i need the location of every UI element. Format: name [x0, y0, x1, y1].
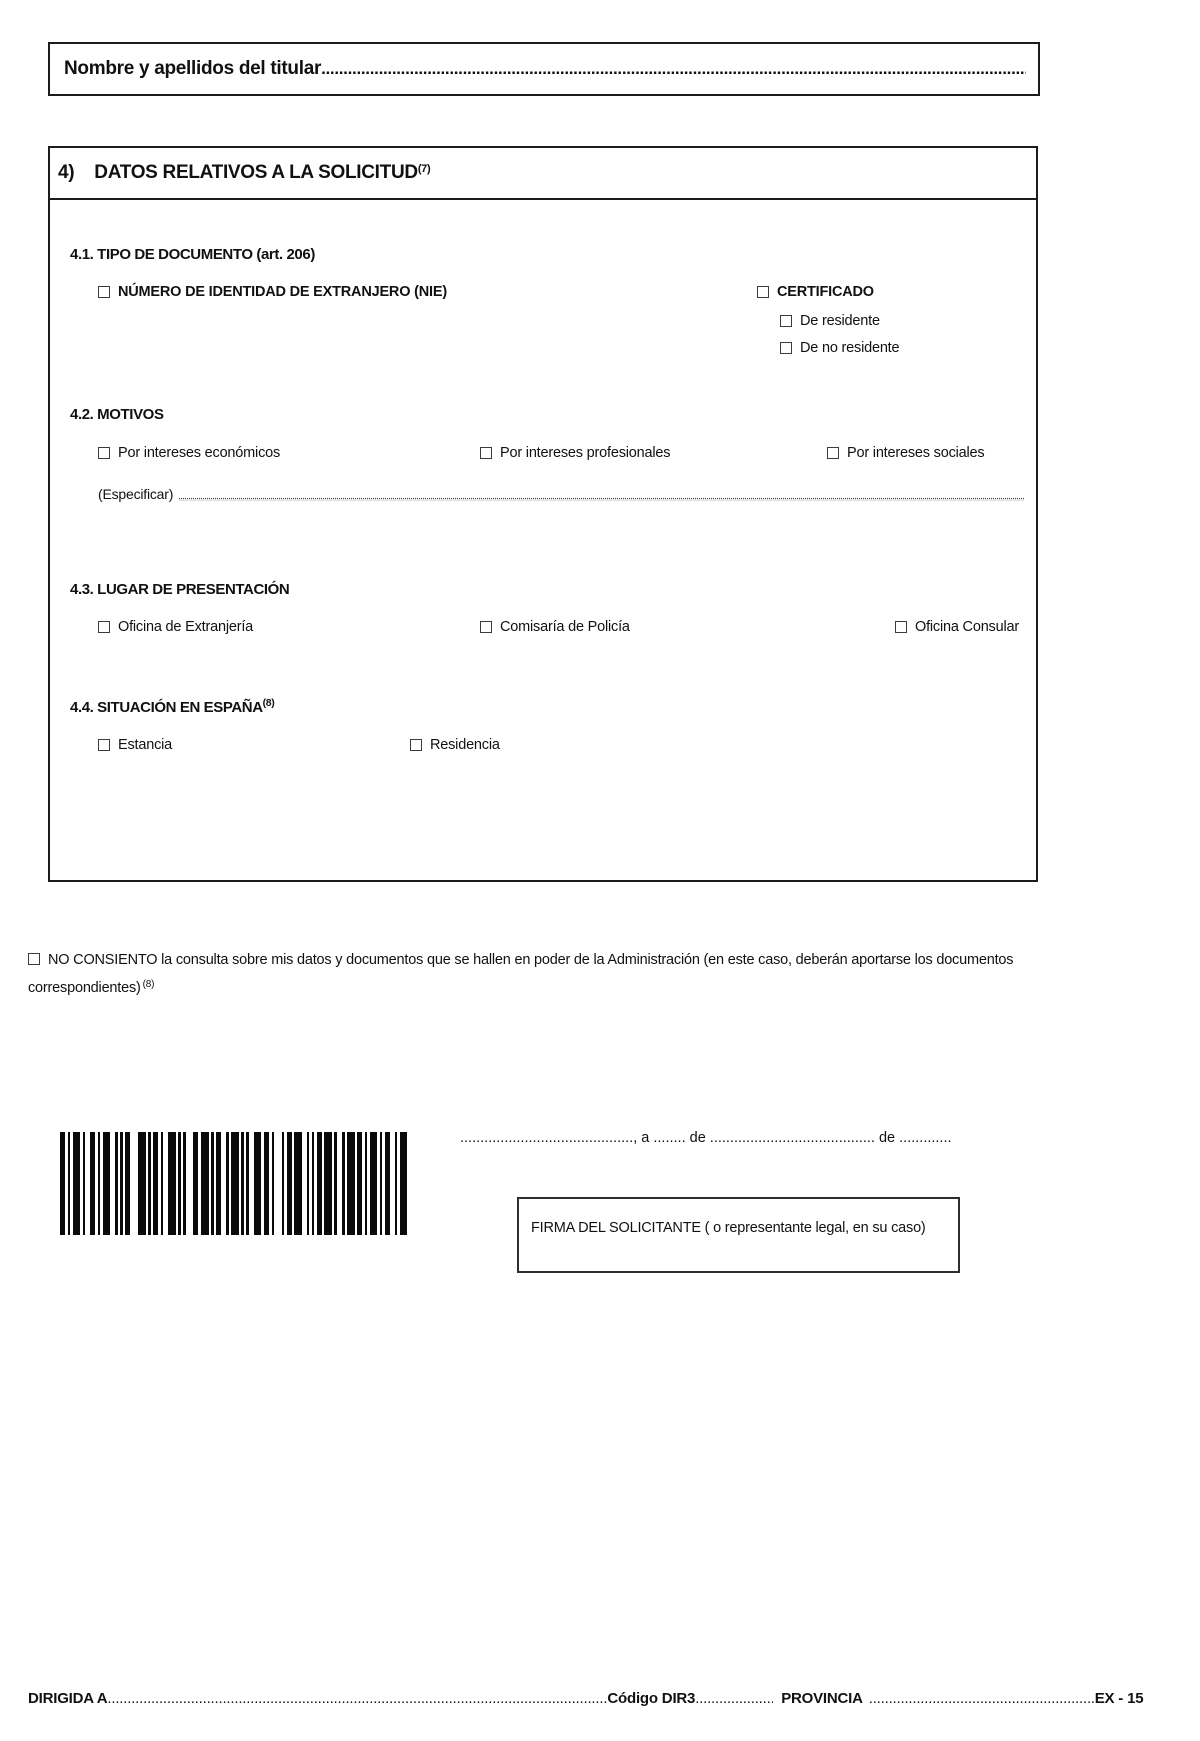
section-4-header: 4) DATOS RELATIVOS A LA SOLICITUD(7): [50, 148, 1036, 200]
certificado-checkbox-row: CERTIFICADO: [757, 284, 874, 300]
provincia-fill-line[interactable]: ........................................…: [869, 1690, 1095, 1707]
nie-label: NÚMERO DE IDENTIDAD DE EXTRANJERO (NIE): [118, 284, 447, 300]
heading-4-3: 4.3. LUGAR DE PRESENTACIÓN: [70, 581, 289, 598]
motivo-sociales-row: Por intereses sociales: [827, 445, 984, 461]
motivo-economicos-row: Por intereses económicos: [98, 445, 280, 461]
situacion-residencia-label: Residencia: [430, 737, 500, 753]
motivo-profesionales-label: Por intereses profesionales: [500, 445, 670, 461]
date-line[interactable]: ........................................…: [460, 1130, 952, 1146]
heading-4-4: 4.4. SITUACIÓN EN ESPAÑA(8): [70, 699, 274, 716]
situacion-residencia-checkbox[interactable]: [410, 739, 422, 751]
lugar-extranjeria-label: Oficina de Extranjería: [118, 619, 253, 635]
certificado-checkbox[interactable]: [757, 286, 769, 298]
consent-text: NO CONSIENTO la consulta sobre mis datos…: [28, 952, 1013, 996]
footnote-8-ref: (8): [263, 697, 275, 709]
no-consiento-checkbox[interactable]: [28, 953, 40, 965]
heading-4-2: 4.2. MOTIVOS: [70, 406, 164, 423]
lugar-extranjeria-checkbox[interactable]: [98, 621, 110, 633]
situacion-estancia-label: Estancia: [118, 737, 172, 753]
section-4-number: 4): [58, 162, 74, 184]
especificar-row: (Especificar): [98, 486, 1024, 502]
situacion-estancia-row: Estancia: [98, 737, 172, 753]
titular-name-box: Nombre y apellidos del titular..........…: [48, 42, 1040, 96]
no-residente-checkbox-row: De no residente: [780, 340, 899, 356]
no-residente-label: De no residente: [800, 340, 899, 356]
section-4-box: 4) DATOS RELATIVOS A LA SOLICITUD(7) 4.1…: [48, 146, 1038, 882]
section-4-title: DATOS RELATIVOS A LA SOLICITUD(7): [94, 162, 430, 184]
dirigida-label: DIRIGIDA A: [28, 1690, 107, 1707]
signature-box-title: FIRMA DEL SOLICITANTE ( o representante …: [531, 1220, 926, 1236]
especificar-label: (Especificar): [98, 486, 173, 502]
especificar-fill-line[interactable]: [179, 498, 1024, 499]
footnote-7-ref: (7): [418, 163, 431, 175]
residente-checkbox[interactable]: [780, 315, 792, 327]
heading-4-1: 4.1. TIPO DE DOCUMENTO (art. 206): [70, 246, 315, 263]
lugar-comisaria-label: Comisaría de Policía: [500, 619, 630, 635]
motivo-profesionales-checkbox[interactable]: [480, 447, 492, 459]
lugar-comisaria-checkbox[interactable]: [480, 621, 492, 633]
residente-checkbox-row: De residente: [780, 313, 880, 329]
nie-checkbox-row: NÚMERO DE IDENTIDAD DE EXTRANJERO (NIE): [98, 284, 447, 300]
motivo-economicos-checkbox[interactable]: [98, 447, 110, 459]
footer-line: DIRIGIDA A .............................…: [28, 1690, 1172, 1707]
situacion-estancia-checkbox[interactable]: [98, 739, 110, 751]
no-residente-checkbox[interactable]: [780, 342, 792, 354]
barcode: [60, 1132, 410, 1235]
motivo-economicos-label: Por intereses económicos: [118, 445, 280, 461]
consent-paragraph: NO CONSIENTO la consulta sobre mis datos…: [28, 946, 1033, 1003]
lugar-consular-row: Oficina Consular: [895, 619, 1019, 635]
certificado-label: CERTIFICADO: [777, 284, 874, 300]
footnote-8-ref-2: (8): [143, 979, 155, 990]
barcode-bars: [60, 1132, 410, 1235]
lugar-comisaria-row: Comisaría de Policía: [480, 619, 630, 635]
motivo-profesionales-row: Por intereses profesionales: [480, 445, 670, 461]
motivo-sociales-checkbox[interactable]: [827, 447, 839, 459]
lugar-consular-label: Oficina Consular: [915, 619, 1019, 635]
lugar-extranjeria-row: Oficina de Extranjería: [98, 619, 253, 635]
nie-checkbox[interactable]: [98, 286, 110, 298]
dirigida-fill-line[interactable]: ........................................…: [107, 1690, 607, 1707]
titular-fill-line[interactable]: ........................................…: [321, 59, 1026, 79]
form-page: Nombre y apellidos del titular..........…: [0, 0, 1200, 1741]
situacion-residencia-row: Residencia: [410, 737, 500, 753]
motivo-sociales-label: Por intereses sociales: [847, 445, 984, 461]
titular-label: Nombre y apellidos del titular: [64, 58, 321, 80]
provincia-label: PROVINCIA: [781, 1690, 863, 1707]
signature-box[interactable]: FIRMA DEL SOLICITANTE ( o representante …: [517, 1197, 960, 1273]
lugar-consular-checkbox[interactable]: [895, 621, 907, 633]
residente-label: De residente: [800, 313, 880, 329]
codigo-dir3-label: Código DIR3: [607, 1690, 695, 1707]
form-code-label: EX - 15: [1095, 1690, 1144, 1707]
codigo-dir3-fill-line[interactable]: ..............................: [695, 1690, 773, 1707]
